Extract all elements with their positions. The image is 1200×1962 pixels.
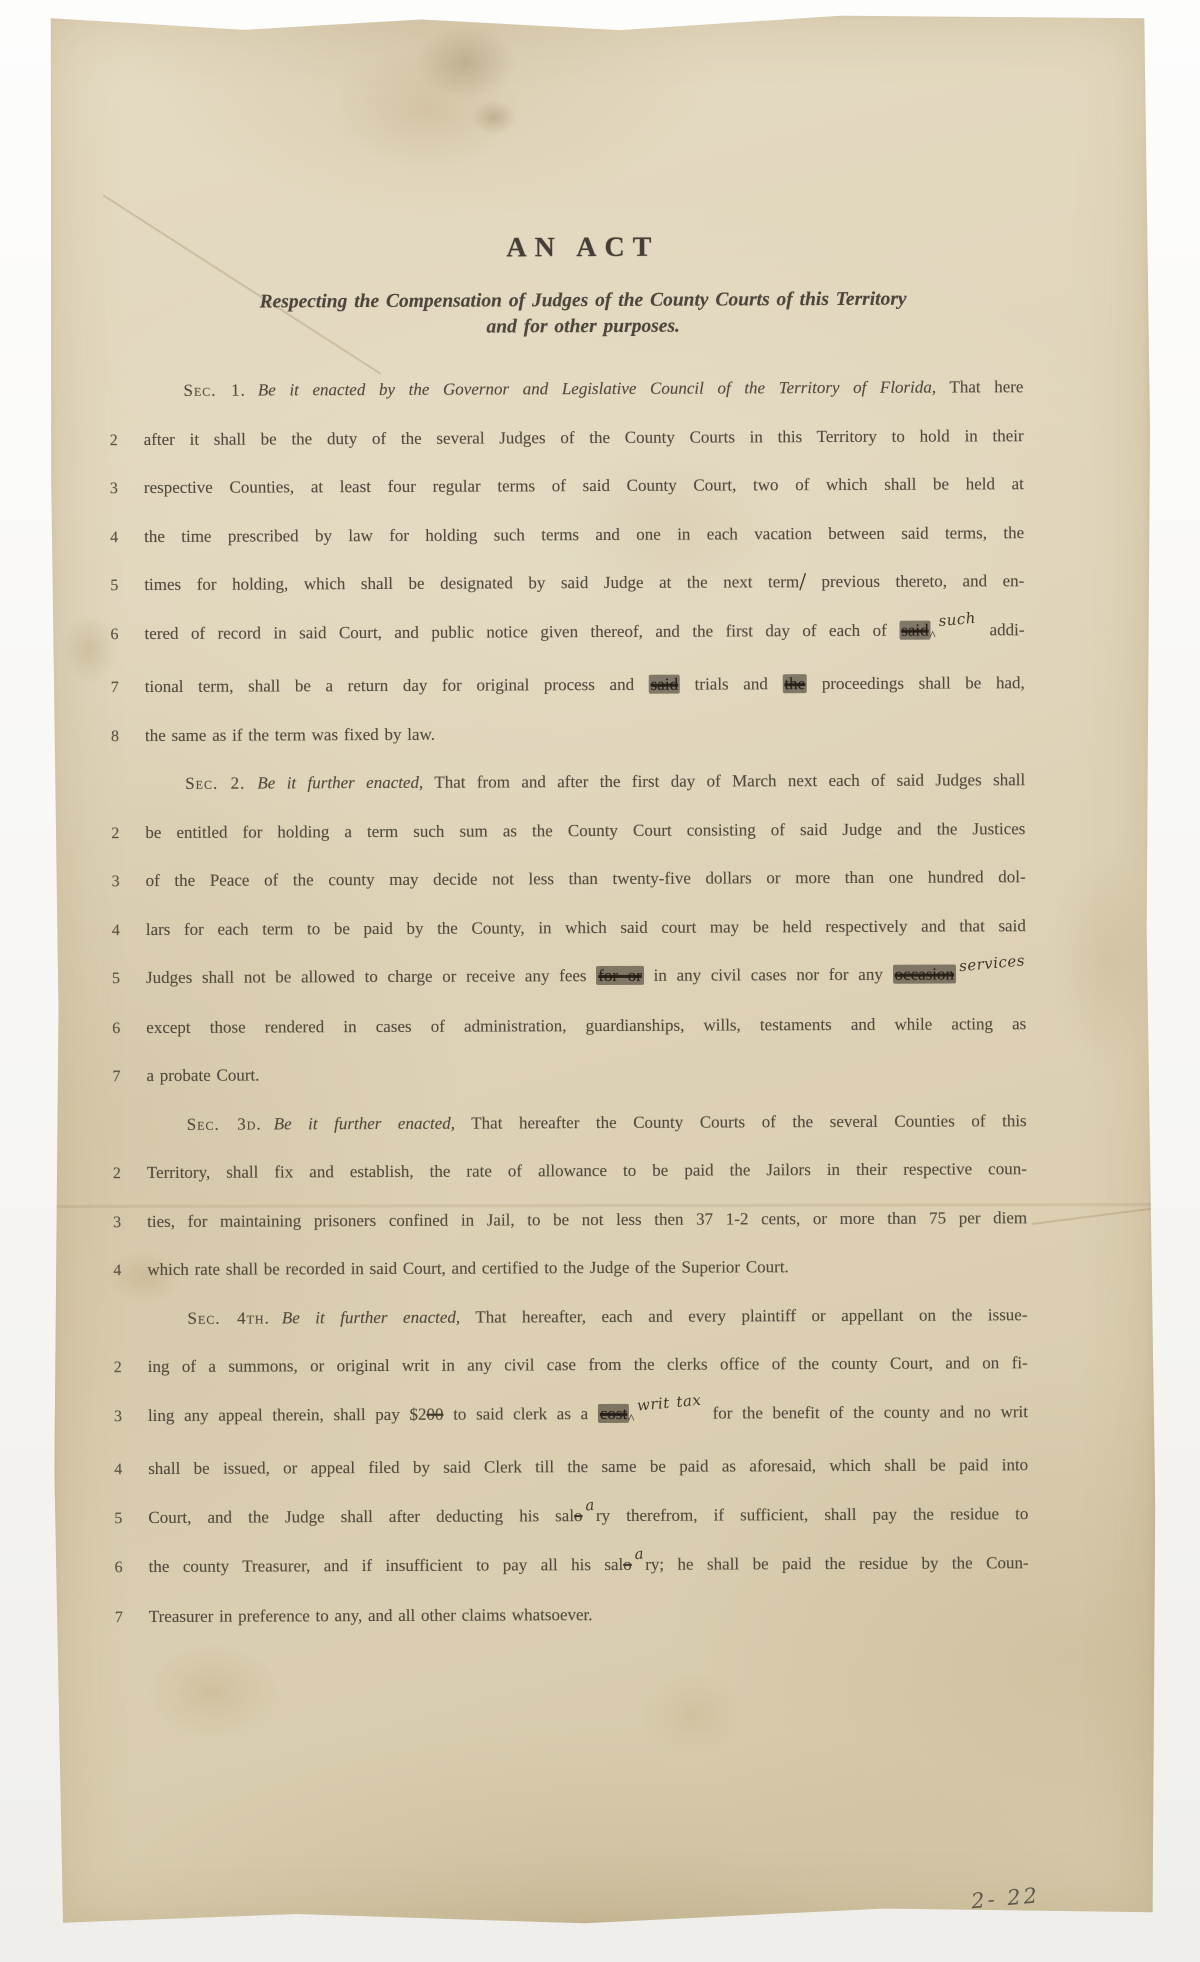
enacting-clause: Be it further enacted,	[274, 1113, 455, 1133]
line-number: 2	[110, 430, 118, 451]
struck-word: for or	[596, 966, 644, 985]
line-number: 5	[110, 575, 118, 596]
section-label: Sec. 2.	[185, 774, 245, 793]
enacting-clause: Be it further enacted,	[257, 773, 423, 793]
text-segment: ing of a summons, or original writ in an…	[148, 1353, 1028, 1376]
text-segment: previous thereto, and en-	[806, 571, 1025, 591]
handwritten-insertion: writ tax	[636, 1389, 702, 1416]
crossed-out-text: 00	[426, 1404, 443, 1423]
text-segment: to said clerk as a	[443, 1404, 597, 1424]
document-title: AN ACT	[143, 230, 1023, 266]
section-2: Sec. 2.Be it further enacted, That from …	[145, 769, 1026, 1086]
line-text: Sec. 1.Be it enacted by the Governor and…	[143, 376, 1023, 401]
section-label: Sec. 3d.	[187, 1114, 262, 1133]
text-segment: respective Counties, at least four regul…	[144, 474, 1024, 497]
line-text: shall be issued, or appeal filed by said…	[148, 1454, 1028, 1479]
text-line: 3ling any appeal therein, shall pay $200…	[148, 1401, 1028, 1431]
text-segment: the county Treasurer, and if insufficien…	[149, 1555, 624, 1576]
text-line: 4shall be issued, or appeal filed by sai…	[148, 1454, 1028, 1479]
handwritten-page-note: 2- 22	[970, 1883, 1041, 1913]
text-segment: shall be issued, or appeal filed by said…	[148, 1455, 1028, 1478]
scan-background: AN ACT Respecting the Compensation of Ju…	[0, 0, 1200, 1962]
line-text: Judges shall not be allowed to charge or…	[146, 963, 1026, 989]
text-segment: ry therefrom, if sufficient, shall pay t…	[596, 1504, 1028, 1525]
line-number: 5	[114, 1508, 122, 1529]
handwritten-insertion: a	[634, 1543, 645, 1565]
line-text: tered of record in said Court, and publi…	[144, 619, 1024, 649]
crossed-out-text: o	[623, 1555, 632, 1574]
text-segment: trials and	[680, 674, 782, 693]
section-1: Sec. 1.Be it enacted by the Governor and…	[143, 376, 1025, 745]
caret-icon: ^	[930, 627, 936, 642]
text-segment: addi-	[977, 620, 1024, 639]
line-number: 4	[113, 1260, 121, 1281]
text-segment: Territory, shall fix and establish, the …	[147, 1159, 1027, 1182]
line-text: be entitled for holding a term such sum …	[145, 818, 1025, 843]
text-line: 3respective Counties, at least four regu…	[144, 473, 1024, 498]
text-line: 6except those rendered in cases of admin…	[146, 1013, 1026, 1038]
text-line: 2Territory, shall fix and establish, the…	[147, 1158, 1027, 1183]
text-segment: after it shall be the duty of the severa…	[144, 426, 1024, 449]
text-segment: That hereafter, each and every plaintiff…	[460, 1305, 1027, 1326]
enacting-clause: Be it enacted by the Governor and Legisl…	[258, 378, 936, 400]
text-line: 2be entitled for holding a term such sum…	[145, 818, 1025, 843]
section-4: Sec. 4th.Be it further enacted, That her…	[147, 1304, 1028, 1627]
text-segment: Judges shall not be allowed to charge or…	[146, 966, 596, 987]
line-text: tional term, shall be a return day for o…	[145, 672, 1025, 697]
text-segment: for the benefit of the county and no wri…	[703, 1402, 1028, 1422]
text-segment: in any civil cases nor for any	[644, 965, 893, 985]
text-line: 7tional term, shall be a return day for …	[145, 672, 1025, 697]
handwritten-insertion: such	[938, 607, 977, 631]
line-text: which rate shall be recorded in said Cou…	[147, 1255, 1027, 1280]
line-text: a probate Court.	[146, 1061, 1026, 1086]
text-line: 3of the Peace of the county may decide n…	[146, 866, 1026, 891]
text-segment: the time prescribed by law for holding s…	[144, 523, 1024, 546]
line-text: ing of a summons, or original writ in an…	[148, 1352, 1028, 1377]
line-text: Sec. 3d.Be it further enacted, That here…	[147, 1110, 1027, 1135]
text-segment: be entitled for holding a term such sum …	[145, 819, 1025, 842]
text-segment: of the Peace of the county may decide no…	[146, 867, 1026, 890]
struck-word: said	[899, 620, 930, 639]
paper-stain	[471, 100, 516, 134]
text-segment: ry; he shall be paid the residue by the …	[645, 1553, 1028, 1574]
line-text: the county Treasurer, and if insufficien…	[149, 1552, 1029, 1578]
text-segment: Court, and the Judge shall after deducti…	[148, 1506, 574, 1527]
text-segment: Treasurer in preference to any, and all …	[149, 1605, 593, 1626]
text-segment: That here	[936, 377, 1023, 396]
text-line: 5Judges shall not be allowed to charge o…	[146, 963, 1026, 989]
line-number: 6	[115, 1557, 123, 1578]
text-segment: except those rendered in cases of admini…	[146, 1014, 1026, 1037]
text-line: 5times for holding, which shall be desig…	[144, 570, 1024, 595]
line-number: 5	[112, 968, 120, 989]
struck-word: the	[782, 674, 807, 693]
struck-word: said	[649, 675, 680, 694]
crossed-out-text: o	[574, 1506, 583, 1525]
text-segment: That from and after the first day of Mar…	[423, 770, 1025, 792]
line-text: the time prescribed by law for holding s…	[144, 522, 1024, 547]
document-paper: AN ACT Respecting the Compensation of Ju…	[46, 10, 1158, 1931]
document-content: AN ACT Respecting the Compensation of Ju…	[47, 230, 1157, 1627]
line-text: the same as if the term was fixed by law…	[145, 721, 1025, 746]
text-line: 6tered of record in said Court, and publ…	[144, 619, 1024, 649]
line-number: 6	[112, 1018, 120, 1039]
text-segment: a probate Court.	[146, 1065, 259, 1084]
text-line: 6the county Treasurer, and if insufficie…	[149, 1552, 1029, 1578]
line-text: after it shall be the duty of the severa…	[144, 425, 1024, 450]
line-number: 3	[114, 1406, 122, 1427]
line-number: 7	[111, 677, 119, 698]
struck-word: cost	[598, 1403, 629, 1422]
text-segment: the same as if the term was fixed by law…	[145, 724, 435, 744]
text-line: Sec. 3d.Be it further enacted, That here…	[147, 1110, 1027, 1135]
line-number: 3	[110, 478, 118, 499]
text-line: 3ties, for maintaining prisoners confine…	[147, 1207, 1027, 1232]
text-segment: tional term, shall be a return day for o…	[145, 675, 649, 696]
line-number: 2	[111, 823, 119, 844]
text-line: 2ing of a summons, or original writ in a…	[148, 1352, 1028, 1377]
line-text: Territory, shall fix and establish, the …	[147, 1158, 1027, 1183]
enacting-clause: Be it further enacted,	[282, 1307, 460, 1327]
text-segment: times for holding, which shall be design…	[144, 572, 799, 594]
text-line: 2after it shall be the duty of the sever…	[144, 425, 1024, 450]
line-text: of the Peace of the county may decide no…	[146, 866, 1026, 891]
subtitle-line: and for other purposes.	[143, 312, 1023, 342]
line-text: Court, and the Judge shall after deducti…	[148, 1503, 1028, 1529]
text-segment: lars for each term to be paid by the Cou…	[146, 916, 1026, 939]
section-label: Sec. 4th.	[187, 1308, 269, 1327]
subtitle-line: Respecting the Compensation of Judges of…	[143, 286, 1023, 316]
text-line: 7a probate Court.	[146, 1061, 1026, 1086]
line-number: 4	[110, 527, 118, 548]
text-line: Sec. 4th.Be it further enacted, That her…	[147, 1304, 1027, 1329]
handwritten-insertion: services	[958, 950, 1026, 977]
struck-word: occasion	[892, 964, 956, 983]
line-number: 4	[114, 1459, 122, 1480]
text-segment: proceedings shall be had,	[807, 673, 1025, 693]
section-3: Sec. 3d.Be it further enacted, That here…	[147, 1110, 1028, 1280]
pen-mark-icon: /	[799, 564, 807, 598]
line-number: 7	[112, 1066, 120, 1087]
line-text: except those rendered in cases of admini…	[146, 1013, 1026, 1038]
text-segment: That hereafter the County Courts of the …	[455, 1111, 1027, 1132]
line-number: 2	[114, 1357, 122, 1378]
line-text: ties, for maintaining prisoners confined…	[147, 1207, 1027, 1232]
text-line: 4which rate shall be recorded in said Co…	[147, 1255, 1027, 1280]
paper-stain	[638, 1671, 748, 1756]
line-text: respective Counties, at least four regul…	[144, 473, 1024, 498]
line-number: 4	[112, 920, 120, 941]
text-line: Sec. 1.Be it enacted by the Governor and…	[143, 376, 1023, 401]
text-segment: ties, for maintaining prisoners confined…	[147, 1208, 1027, 1231]
text-line: 5Court, and the Judge shall after deduct…	[148, 1503, 1028, 1529]
text-segment: which rate shall be recorded in said Cou…	[147, 1257, 789, 1279]
paper-stain	[148, 1643, 278, 1739]
text-line: 8the same as if the term was fixed by la…	[145, 721, 1025, 746]
paper-stain	[331, 47, 522, 173]
line-number: 8	[111, 726, 119, 747]
line-text: Sec. 2.Be it further enacted, That from …	[145, 769, 1025, 794]
line-text: lars for each term to be paid by the Cou…	[146, 915, 1026, 940]
line-text: Sec. 4th.Be it further enacted, That her…	[147, 1304, 1027, 1329]
text-segment: ling any appeal therein, shall pay $2	[148, 1404, 427, 1424]
line-number: 3	[113, 1212, 121, 1233]
caret-icon: ^	[628, 1410, 634, 1425]
text-segment: tered of record in said Court, and publi…	[144, 620, 899, 642]
handwritten-insertion: a	[585, 1494, 596, 1516]
paper-stain	[416, 24, 516, 99]
text-line: 4lars for each term to be paid by the Co…	[146, 915, 1026, 940]
line-text: Treasurer in preference to any, and all …	[149, 1602, 1029, 1627]
line-number: 6	[110, 624, 118, 645]
text-line: 4the time prescribed by law for holding …	[144, 522, 1024, 547]
line-text: times for holding, which shall be design…	[144, 570, 1024, 595]
line-number: 7	[115, 1607, 123, 1628]
text-line: 7Treasurer in preference to any, and all…	[149, 1602, 1029, 1627]
line-text: ling any appeal therein, shall pay $200 …	[148, 1401, 1028, 1431]
line-number: 3	[112, 871, 120, 892]
document-subtitle: Respecting the Compensation of Judges of…	[143, 286, 1023, 342]
text-line: Sec. 2.Be it further enacted, That from …	[145, 769, 1025, 794]
section-label: Sec. 1.	[183, 381, 245, 400]
line-number: 2	[113, 1163, 121, 1184]
